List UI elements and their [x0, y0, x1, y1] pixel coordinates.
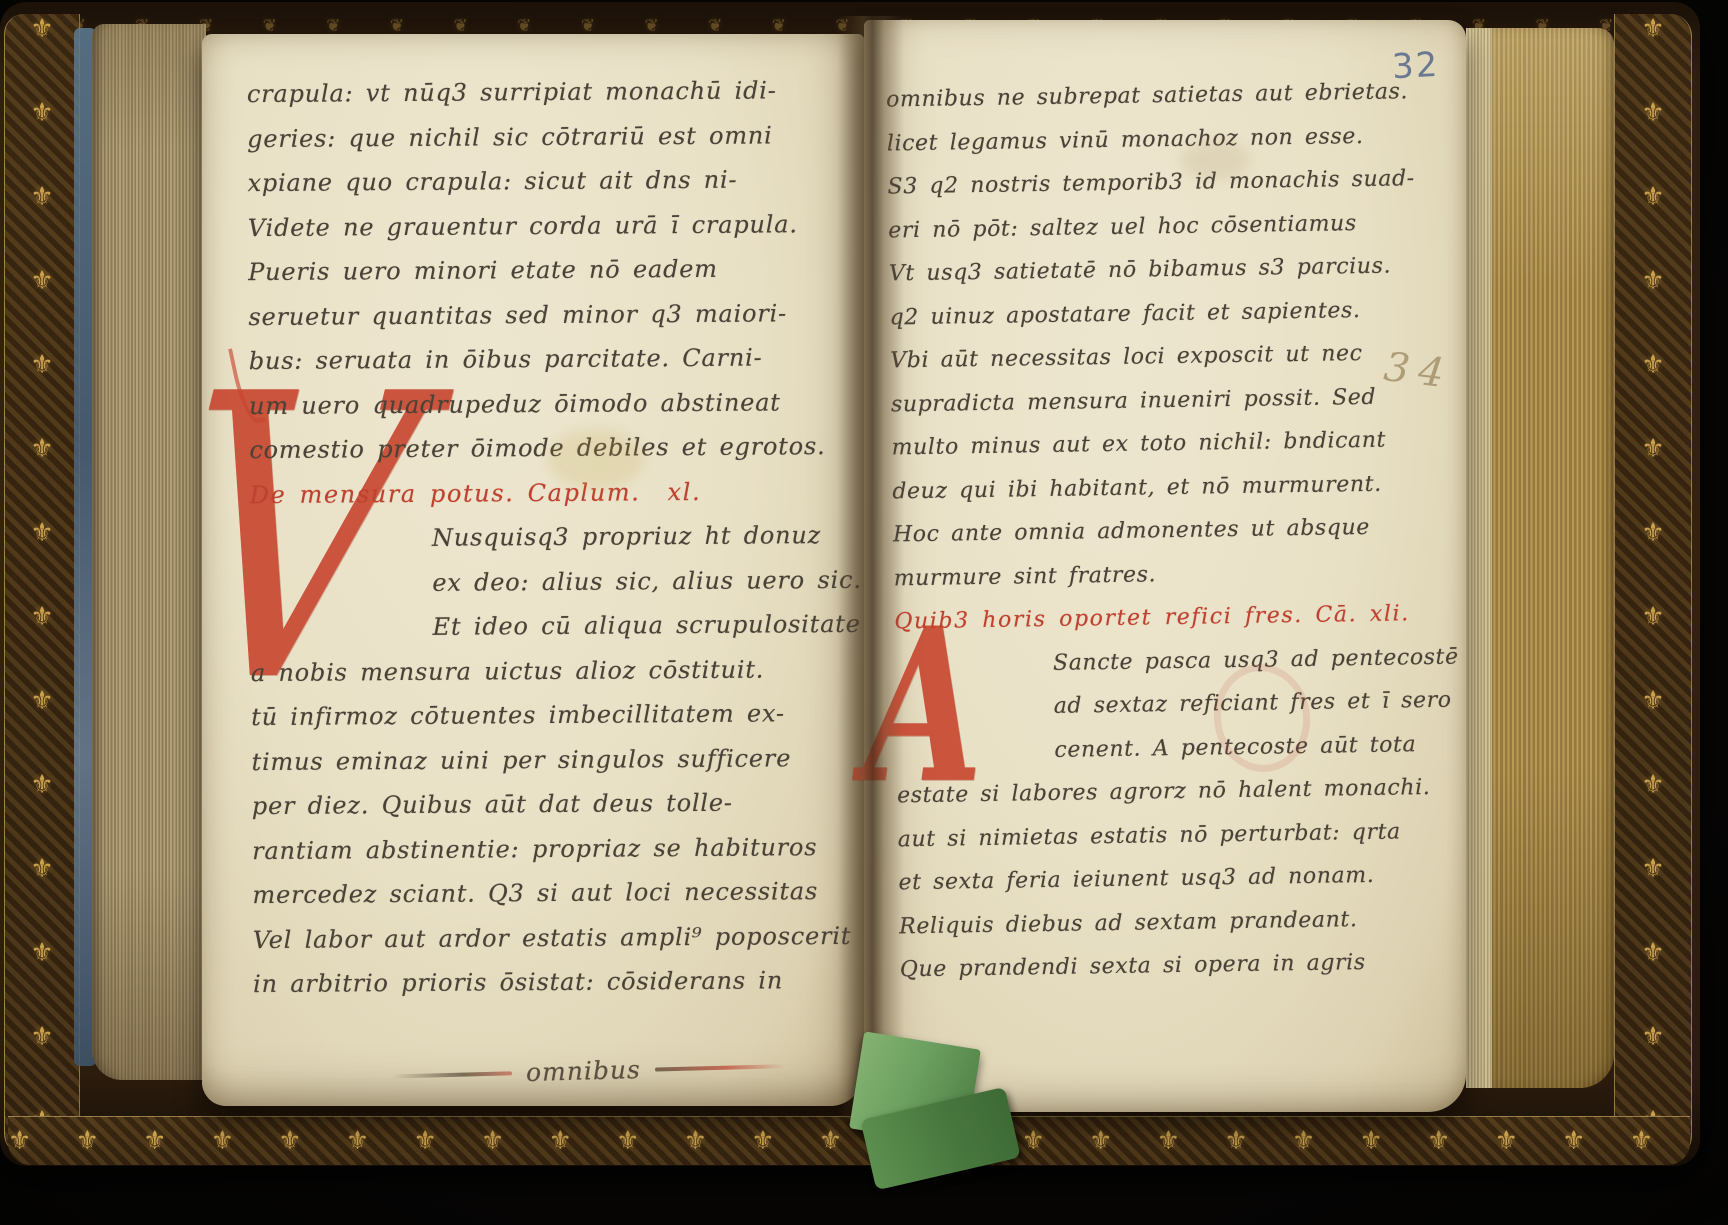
manuscript-text-line: Que prandendi sexta si opera in agris: [900, 940, 1461, 992]
manuscript-text-line: Vt usq3 satietatē nō bibamus s3 parcius.: [889, 244, 1450, 296]
manuscript-text-line: in arbitrio prioris ōsistat: cōsiderans …: [253, 958, 853, 1007]
manuscript-text-line: S3 q2 nostris temporib3 id monachis suad…: [887, 157, 1448, 209]
page-stack-band: [1466, 28, 1492, 1088]
manuscript-text-line: bus: seruata in ōibus parcitate. Carni-: [249, 335, 849, 384]
manuscript-text-line: Videte ne grauentur corda urā ī crapula.: [248, 201, 848, 250]
manuscript-text-line: xpiane quo crapula: sicut ait dns ni-: [247, 157, 847, 206]
manuscript-text-line: rantiam abstinentie: propriaz se habitur…: [252, 824, 852, 873]
gilt-border-left: ⚜ ⚜ ⚜ ⚜ ⚜ ⚜ ⚜ ⚜ ⚜ ⚜ ⚜ ⚜ ⚜ ⚜ ⚜ ⚜ ⚜ ⚜ ⚜ ⚜ …: [4, 14, 80, 1154]
manuscript-text-line: ex deo: alius sic, alius uero sic.: [250, 557, 850, 606]
margin-note: 34: [1381, 344, 1455, 398]
catchword: omnibus: [526, 1055, 642, 1087]
manuscript-text-line: Nusquisq3 propriuz ht donuz: [250, 513, 850, 562]
ribbon-fold: [860, 1087, 1020, 1190]
manuscript-text-line: timus eminaz uini per singulos sufficere: [251, 735, 851, 784]
manuscript-text-line: Pueris uero minori etate nō eadem: [248, 246, 848, 295]
ribbon-bookmark: [849, 1031, 981, 1146]
manuscript-text-line: a nobis mensura uictus alioz cōstituit.: [251, 646, 851, 695]
catchword-flourish-left: [392, 1071, 512, 1078]
catchword-flourish-right: [655, 1064, 785, 1071]
left-text-block: crapula: vt nūq3 surripiat monachū idi-g…: [247, 68, 854, 1007]
manuscript-text-line: mercedez sciant. Q3 si aut loci necessit…: [252, 869, 852, 918]
manuscript-text-line: Hoc ante omnia admonentes ut absque: [893, 505, 1454, 557]
manuscript-text-line: Et ideo cū aliqua scrupulositate: [250, 602, 850, 651]
manuscript-text-line: um uero quadrupeduz ōimodo abstineat: [249, 379, 849, 428]
manuscript-text-line: seruetur quantitas sed minor q3 maiori-: [248, 290, 848, 339]
folio-number: 32: [1391, 45, 1440, 87]
right-text-block: omnibus ne subrepat satietas aut ebrieta…: [886, 70, 1460, 992]
manuscript-text-line: Vel labor aut ardor estatis ampli⁹ popos…: [253, 913, 853, 962]
gilded-fore-edge: [1466, 28, 1614, 1088]
manuscript-text-line: comestio preter ōimode debiles et egroto…: [249, 424, 849, 473]
gilt-border-right: ⚜ ⚜ ⚜ ⚜ ⚜ ⚜ ⚜ ⚜ ⚜ ⚜ ⚜ ⚜ ⚜ ⚜ ⚜ ⚜ ⚜ ⚜ ⚜ ⚜ …: [1614, 14, 1692, 1158]
catchword-row: omnibus: [392, 1051, 813, 1091]
manuscript-text-line: per diez. Quibus aūt dat deus tolle-: [252, 780, 852, 829]
left-page: V crapula: vt nūq3 surripiat monachū idi…: [202, 34, 864, 1106]
manuscript-text-line: crapula: vt nūq3 surripiat monachū idi-: [247, 68, 847, 117]
right-page: A omnibus ne subrepat satietas aut ebrie…: [864, 20, 1466, 1112]
manuscript-text-line: tū infirmoz cōtuentes imbecillitatem ex-: [251, 691, 851, 740]
manuscript-photo: ❦ ❦ ❦ ❦ ❦ ❦ ❦ ❦ ❦ ❦ ❦ ❦ ❦ ❦ ❦ ❦ ❦ ❦ ❦ ❦ …: [0, 0, 1728, 1225]
manuscript-text-line: geries: que nichil sic cōtrariū est omni: [247, 112, 847, 161]
chapter-rubric: De mensura potus. Caplum. xl.: [250, 468, 850, 517]
